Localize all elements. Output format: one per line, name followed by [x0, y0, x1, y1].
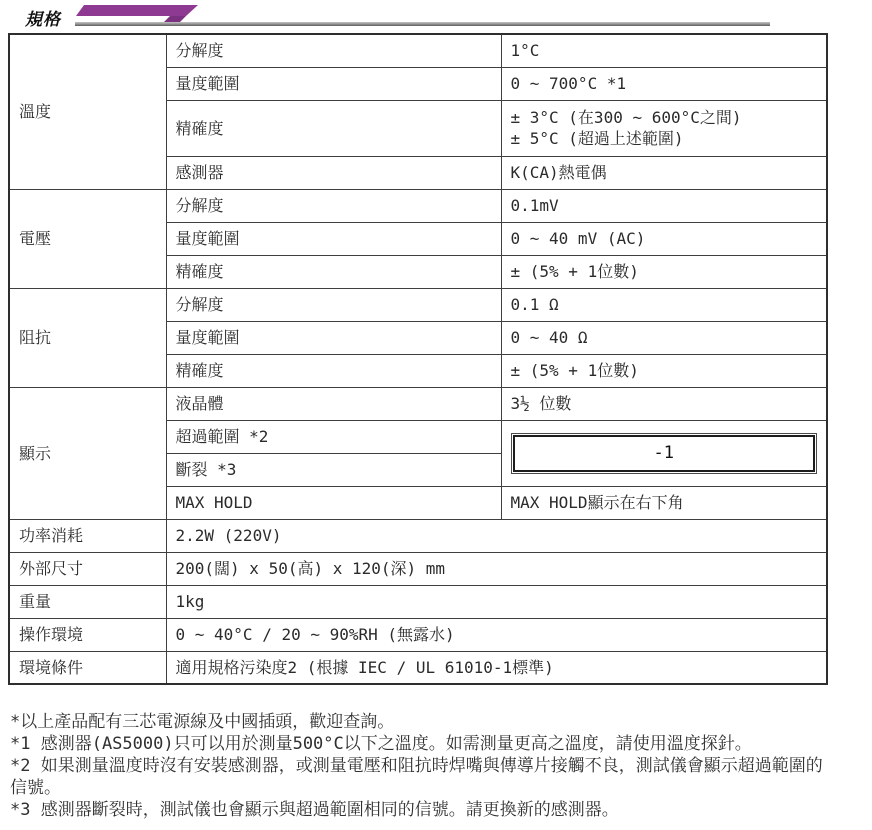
value-cell: MAX HOLD顯示在右下角	[501, 486, 827, 519]
value-cell: 0 ~ 40°C / 20 ~ 90%RH (無露水)	[166, 618, 827, 651]
value-cell: ± (5% + 1位數)	[501, 255, 827, 288]
param-cell: 分解度	[166, 288, 501, 321]
row-label: 功率消耗	[9, 519, 166, 552]
value-line-1: ± 3°C (在300 ~ 600°C之間)	[511, 107, 818, 128]
value-cell: 0 ~ 40 Ω	[501, 321, 827, 354]
param-cell: 量度範圍	[166, 321, 501, 354]
overrange-indicator-box: -1	[511, 433, 818, 474]
value-cell: 1°C	[501, 34, 827, 67]
param-cell: 感測器	[166, 156, 501, 189]
table-row: 溫度 分解度 1°C	[9, 34, 827, 67]
table-row: 外部尺寸 200(闊) x 50(高) x 120(深) mm	[9, 552, 827, 585]
value-cell: 200(闊) x 50(高) x 120(深) mm	[166, 552, 827, 585]
param-cell: 超過範圍 *2	[166, 420, 501, 453]
row-label: 操作環境	[9, 618, 166, 651]
row-label: 外部尺寸	[9, 552, 166, 585]
table-row: 顯示 液晶體 3½ 位數	[9, 387, 827, 420]
value-cell: 0 ~ 40 mV (AC)	[501, 222, 827, 255]
ribbon-accent-icon	[76, 5, 198, 23]
table-row: 操作環境 0 ~ 40°C / 20 ~ 90%RH (無露水)	[9, 618, 827, 651]
param-cell: 分解度	[166, 189, 501, 222]
param-cell: 液晶體	[166, 387, 501, 420]
specifications-table: 溫度 分解度 1°C 量度範圍 0 ~ 700°C *1 精確度 ± 3°C (…	[8, 33, 828, 685]
value-cell: ± 3°C (在300 ~ 600°C之間) ± 5°C (超過上述範圍)	[501, 100, 827, 156]
section-label-temperature: 溫度	[9, 34, 166, 189]
value-cell: 0.1 Ω	[501, 288, 827, 321]
value-cell: 2.2W (220V)	[166, 519, 827, 552]
table-row: 重量 1kg	[9, 585, 827, 618]
overrange-indicator-value: -1	[513, 435, 816, 472]
section-label-voltage: 電壓	[9, 189, 166, 288]
value-cell: 3½ 位數	[501, 387, 827, 420]
value-line-2: ± 5°C (超過上述範圍)	[511, 128, 818, 149]
value-cell: K(CA)熱電偶	[501, 156, 827, 189]
row-label: 重量	[9, 585, 166, 618]
value-cell: -1	[501, 420, 827, 486]
value-cell: 適用規格污染度2 (根據 IEC / UL 61010-1標準)	[166, 651, 827, 684]
page-header: 規格	[0, 0, 872, 33]
footnote-3: *3 感測器斷裂時，測試儀也會顯示與超過範圍相同的信號。請更換新的感測器。	[10, 800, 828, 822]
footnotes: *以上產品配有三芯電源線及中國插頭，歡迎查詢。 *1 感測器(AS5000)只可…	[10, 712, 828, 822]
table-row: 功率消耗 2.2W (220V)	[9, 519, 827, 552]
table-row: 環境條件 適用規格污染度2 (根據 IEC / UL 61010-1標準)	[9, 651, 827, 684]
param-cell: 分解度	[166, 34, 501, 67]
table-row: 阻抗 分解度 0.1 Ω	[9, 288, 827, 321]
section-label-impedance: 阻抗	[9, 288, 166, 387]
value-cell: 0.1mV	[501, 189, 827, 222]
param-cell: 量度範圍	[166, 67, 501, 100]
spec-sheet-page: 規格 溫度 分解度 1°C 量度範圍 0 ~ 700°C *1 精確度	[0, 0, 872, 830]
row-label: 環境條件	[9, 651, 166, 684]
param-cell: 精確度	[166, 255, 501, 288]
section-label-display: 顯示	[9, 387, 166, 519]
param-cell: 斷裂 *3	[166, 453, 501, 486]
header-rule	[75, 22, 770, 26]
value-cell: 1kg	[166, 585, 827, 618]
value-cell: 0 ~ 700°C *1	[501, 67, 827, 100]
param-cell: 精確度	[166, 354, 501, 387]
value-cell: ± (5% + 1位數)	[501, 354, 827, 387]
table-row: 電壓 分解度 0.1mV	[9, 189, 827, 222]
page-title: 規格	[25, 5, 61, 30]
footnote-1: *1 感測器(AS5000)只可以用於測量500°C以下之溫度。如需測量更高之溫…	[10, 734, 828, 756]
footnote-2: *2 如果測量溫度時沒有安裝感測器，或測量電壓和阻抗時焊嘴與傳導片接觸不良，測試…	[10, 756, 828, 799]
param-cell: MAX HOLD	[166, 486, 501, 519]
param-cell: 精確度	[166, 100, 501, 156]
footnote-general: *以上產品配有三芯電源線及中國插頭，歡迎查詢。	[10, 712, 828, 734]
param-cell: 量度範圍	[166, 222, 501, 255]
